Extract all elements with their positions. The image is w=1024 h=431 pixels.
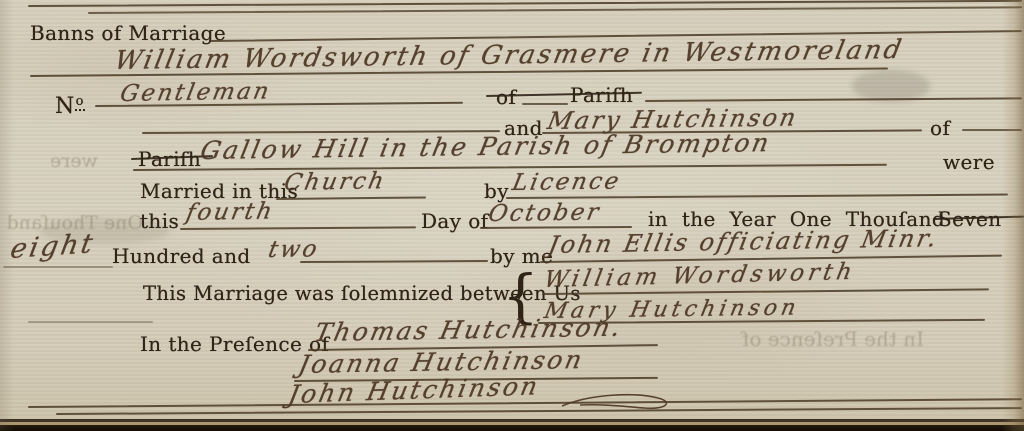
witness-signature: Thomas Hutchinson. xyxy=(312,313,626,347)
this-label: this xyxy=(140,209,179,233)
number-label: No xyxy=(55,94,85,119)
officiant-signature-handwriting: John Ellis officiating Minr. xyxy=(546,224,941,259)
rule-line xyxy=(88,6,1022,13)
rule-line xyxy=(3,266,113,268)
month-handwriting: October xyxy=(486,199,603,227)
bleedthrough-text: In the Preſence of xyxy=(742,327,924,351)
rule-line xyxy=(28,321,153,323)
page-edge-band xyxy=(0,425,1024,431)
day-of-label: Day of xyxy=(421,209,488,233)
day-handwriting: fourth xyxy=(184,198,277,226)
number-superscript: o xyxy=(75,94,85,111)
rule-line xyxy=(522,103,568,105)
by-label: by xyxy=(484,179,509,203)
bride-abode-handwriting: Gallow Hill in the Parish of Brompton xyxy=(198,128,774,165)
rule-line xyxy=(300,260,488,263)
bleedthrough-text: were xyxy=(50,150,98,172)
page-right-edge-shadow xyxy=(1002,0,1024,431)
groom-signature-handwriting: William Wordsworth xyxy=(542,259,858,293)
of-label-struck: of xyxy=(496,85,516,109)
page-left-edge-shadow xyxy=(0,0,14,431)
year-tens-handwriting: two xyxy=(266,236,322,263)
rule-line xyxy=(56,407,1022,415)
of-label: of xyxy=(930,116,950,140)
rule-line xyxy=(480,226,632,229)
rule-line xyxy=(28,0,1022,7)
rule-line xyxy=(180,226,416,230)
rule-line xyxy=(133,164,887,171)
place-handwriting: Church xyxy=(282,168,388,196)
hundred-and-label: Hundred and xyxy=(112,244,251,268)
marriage-register-page: were One Thouſand Seven In the Preſence … xyxy=(0,0,1024,431)
were-label: were xyxy=(943,150,995,174)
year-hundreds-handwriting: eight xyxy=(8,228,97,265)
rule-line xyxy=(645,97,1022,102)
rule-line xyxy=(276,196,426,200)
licence-handwriting: Licence xyxy=(510,168,623,196)
form-heading: Banns of Marriage xyxy=(30,21,226,45)
